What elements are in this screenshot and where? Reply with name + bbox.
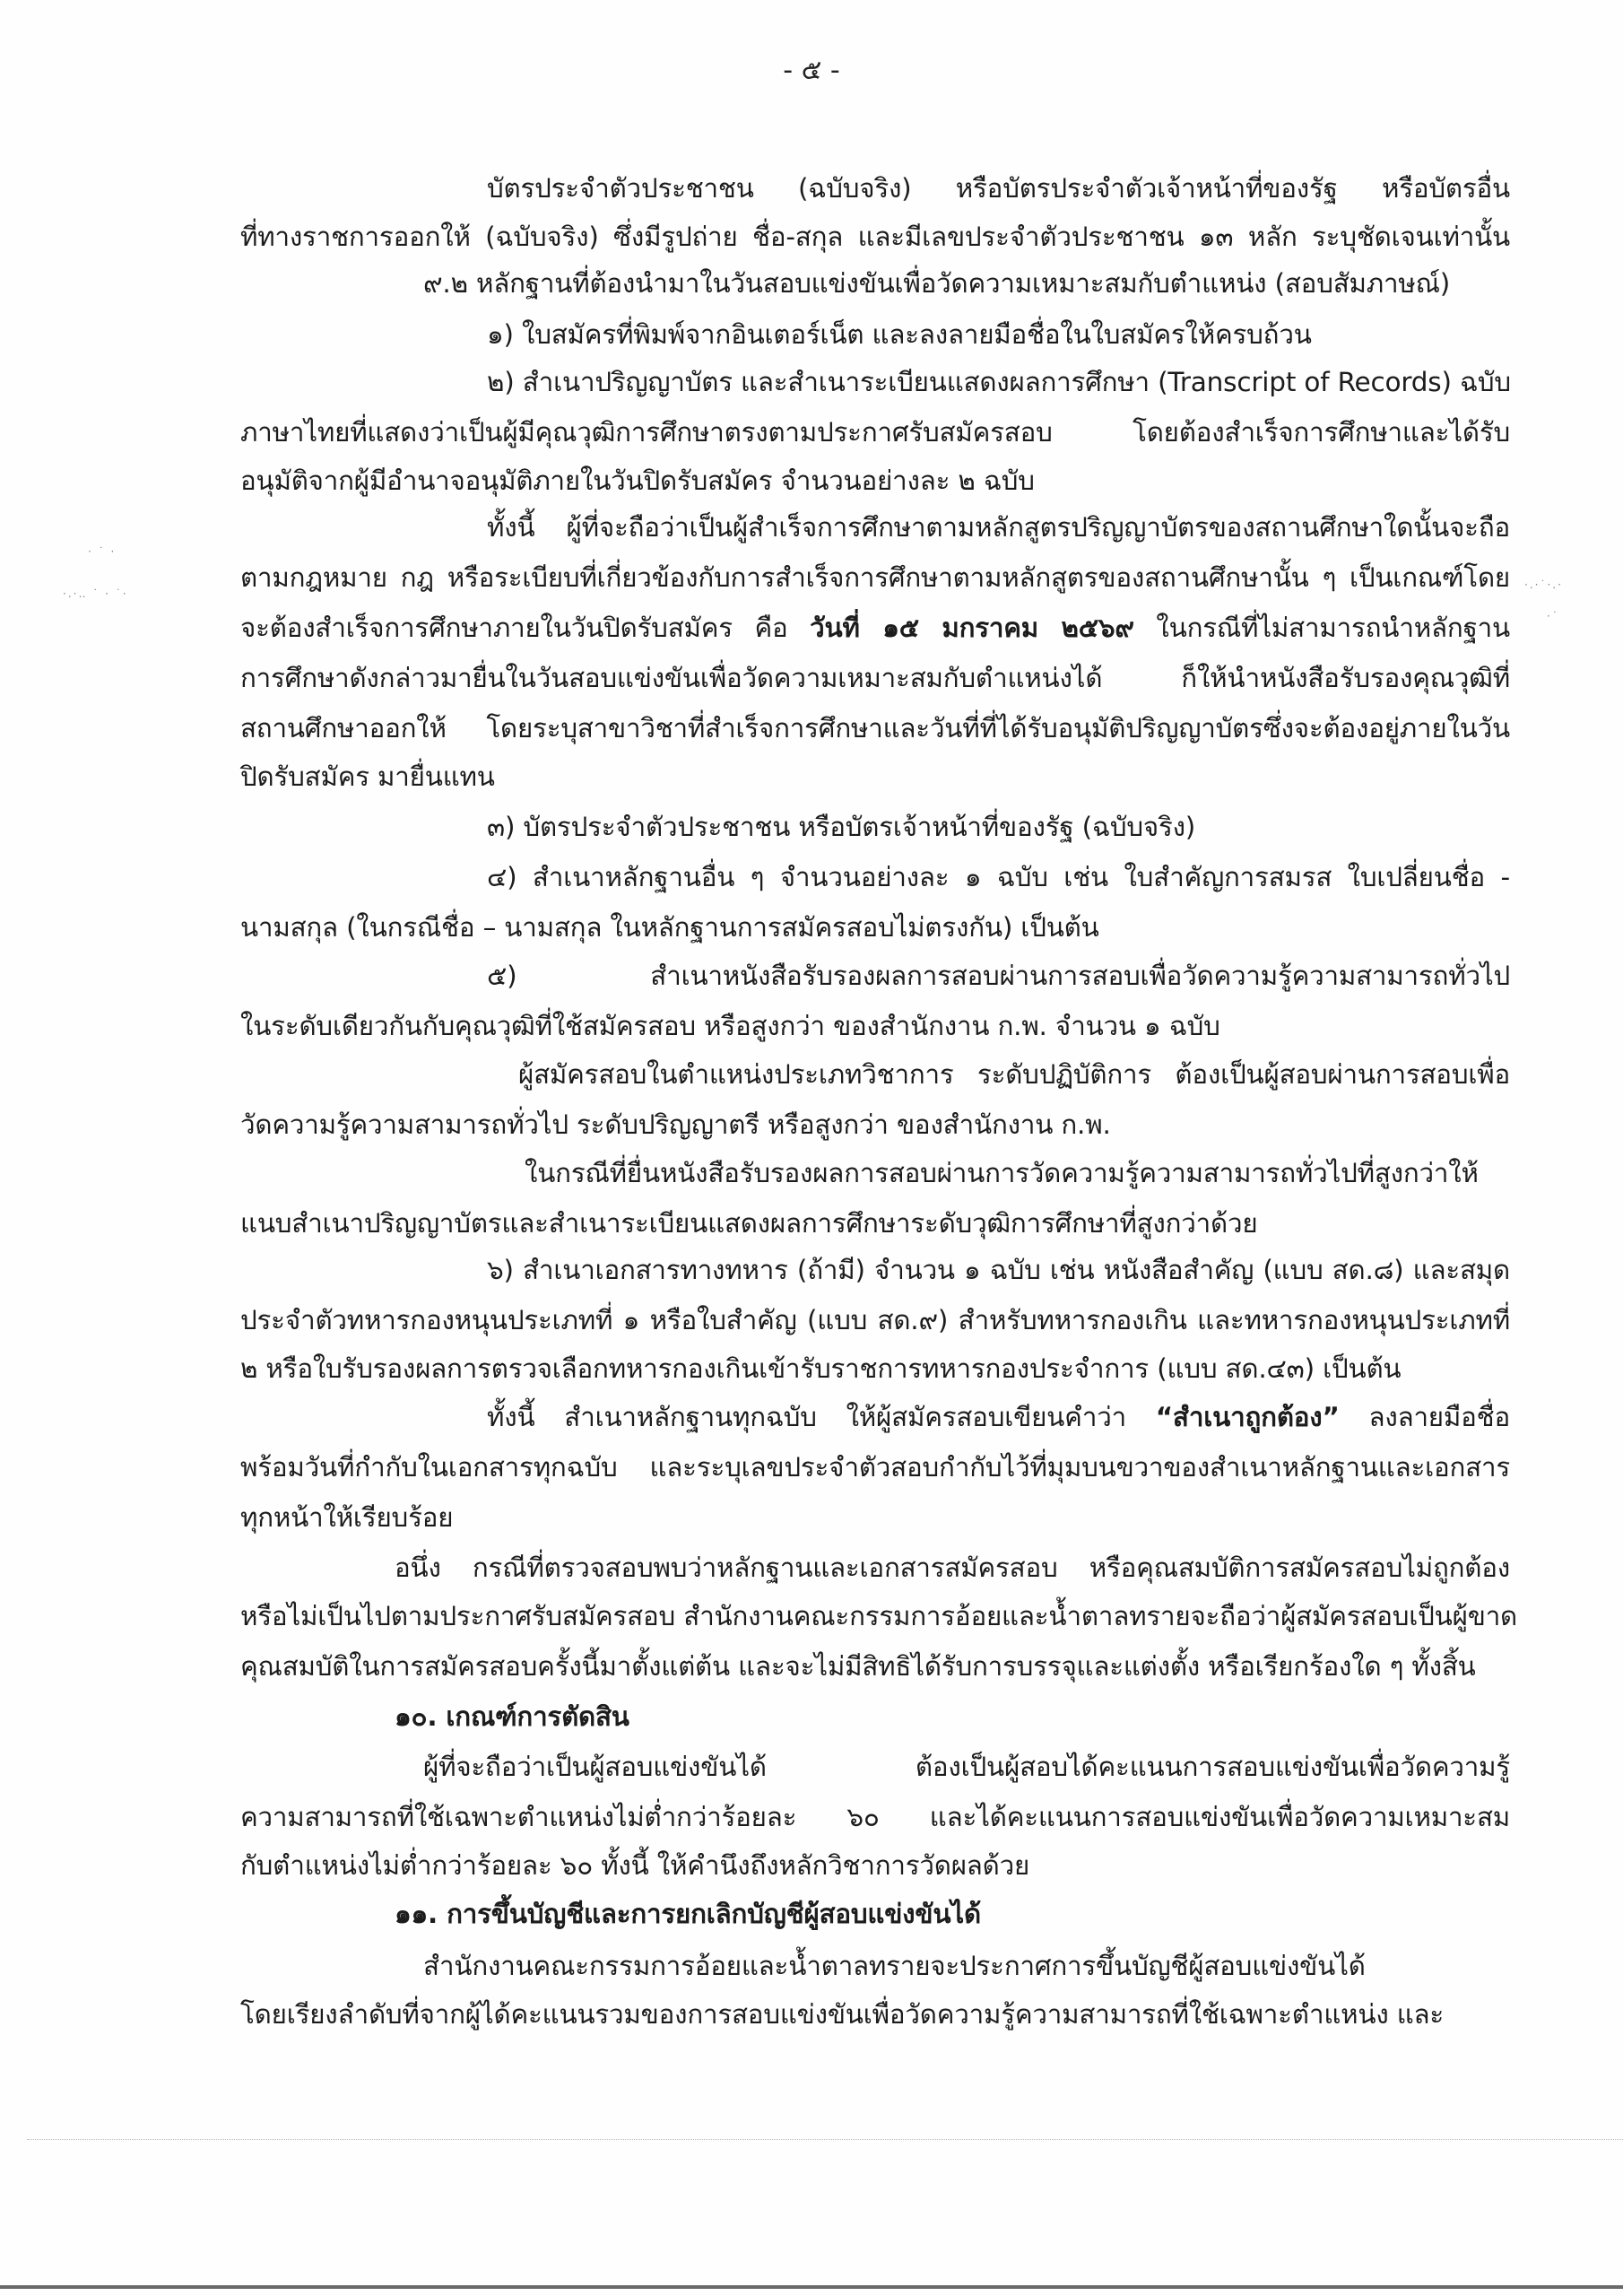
paragraph-line: วัดความรู้ความสามารถทั่วไป ระดับปริญญาตร… bbox=[240, 1107, 1111, 1143]
list-item-4: ๔) สำเนาหลักฐานอื่น ๆ จำนวนอย่างละ ๑ ฉบั… bbox=[487, 859, 1510, 895]
page-number: - ๕ - bbox=[0, 49, 1623, 91]
paragraph-line: ปิดรับสมัคร มายื่นแทน bbox=[240, 759, 495, 795]
paragraph-line: สำนักงานคณะกรรมการอ้อยและน้ำตาลทรายจะประ… bbox=[423, 1948, 1510, 1984]
paragraph-line: คุณสมบัติในการสมัครสอบครั้งนี้มาตั้งแต่ต… bbox=[240, 1648, 1476, 1684]
paragraph-line: อนุมัติจากผู้มีอำนาจอนุมัติภายในวันปิดรั… bbox=[240, 463, 1035, 499]
paragraph-line: อนึ่ง กรณีที่ตรวจสอบพบว่าหลักฐานและเอกสา… bbox=[395, 1550, 1510, 1586]
paragraph-line: ที่ทางราชการออกให้ (ฉบับจริง) ซึ่งมีรูปถ… bbox=[240, 219, 1510, 255]
paragraph-line: ทุกหน้าให้เรียบร้อย bbox=[240, 1500, 453, 1535]
certified-copy-label: “สำเนาถูกต้อง” bbox=[1156, 1402, 1340, 1432]
paragraph-line: ในกรณีที่ยื่นหนังสือรับรองผลการสอบผ่านกา… bbox=[525, 1155, 1510, 1191]
document-page: - ๕ - บัตรประจำตัวประชาชน (ฉบับจริง) หรื… bbox=[0, 0, 1623, 2296]
paragraph-line: ความสามารถที่ใช้เฉพาะตำแหน่งไม่ต่ำกว่าร้… bbox=[240, 1799, 1510, 1835]
list-item-1: ๑) ใบสมัครที่พิมพ์จากอินเตอร์เน็ต และลงล… bbox=[487, 317, 1312, 352]
paragraph-line: ภาษาไทยที่แสดงว่าเป็นผู้มีคุณวุฒิการศึกษ… bbox=[240, 414, 1510, 450]
section-heading-9-2: ๙.๒ หลักฐานที่ต้องนำมาในวันสอบแข่งขันเพื… bbox=[423, 265, 1453, 301]
page-bottom-edge bbox=[0, 2285, 1623, 2289]
paragraph-line-certified-copy: ทั้งนี้ สำเนาหลักฐานทุกฉบับ ให้ผู้สมัครส… bbox=[487, 1399, 1510, 1435]
scan-dotted-line bbox=[27, 2139, 1623, 2140]
paragraph-line: สถานศึกษาออกให้ โดยระบุสาขาวิชาที่สำเร็จ… bbox=[240, 710, 1510, 746]
paragraph-line: บัตรประจำตัวประชาชน (ฉบับจริง) หรือบัตรป… bbox=[487, 170, 1510, 206]
scan-speck: ·˙ bbox=[1547, 610, 1559, 622]
list-item-6: ๖) สำเนาเอกสารทางทหาร (ถ้ามี) จำนวน ๑ ฉบ… bbox=[487, 1252, 1510, 1288]
paragraph-line: ทั้งนี้ ผู้ที่จะถือว่าเป็นผู้สำเร็จการศึ… bbox=[487, 509, 1510, 545]
paragraph-line: โดยเรียงลำดับที่จากผู้ได้คะแนนรวมของการส… bbox=[240, 1996, 1444, 2032]
paragraph-line: ผู้ที่จะถือว่าเป็นผู้สอบแข่งขันได้ ต้องเ… bbox=[423, 1749, 1510, 1785]
paragraph-line: ตามกฎหมาย กฎ หรือระเบียบที่เกี่ยวข้องกับ… bbox=[240, 560, 1510, 596]
paragraph-line: หรือไม่เป็นไปตามประกาศรับสมัครสอบ สำนักง… bbox=[240, 1598, 1510, 1634]
paragraph-line: ๒ หรือใบรับรองผลการตรวจเลือกทหารกองเกินเ… bbox=[240, 1351, 1401, 1387]
scan-speck: · ˙ · bbox=[88, 545, 116, 558]
paragraph-line: ผู้สมัครสอบในตำแหน่งประเภทวิชาการ ระดับป… bbox=[518, 1057, 1510, 1092]
paragraph-line: ในระดับเดียวกันกับคุณวุฒิที่ใช้สมัครสอบ … bbox=[240, 1008, 1220, 1044]
paragraph-line: การศึกษาดังกล่าวมายื่นในวันสอบแข่งขันเพื… bbox=[240, 660, 1510, 696]
scan-speck: ·.·‥ ˙ · ˙· bbox=[63, 587, 128, 600]
closing-date: วันที่ ๑๕ มกราคม ๒๕๖๙ bbox=[810, 613, 1134, 643]
scan-speck: ·.·˙·.· bbox=[1524, 578, 1563, 591]
list-item-2: ๒) สำเนาปริญญาบัตร และสำเนาระเบียนแสดงผล… bbox=[487, 364, 1510, 400]
section-heading-10: ๑๐. เกณฑ์การตัดสิน bbox=[395, 1699, 629, 1735]
section-heading-11: ๑๑. การขึ้นบัญชีและการยกเลิกบัญชีผู้สอบแ… bbox=[395, 1896, 981, 1932]
paragraph-line-closing-date: จะต้องสำเร็จการศึกษาภายในวันปิดรับสมัคร … bbox=[240, 610, 1510, 646]
paragraph-line: แนบสำเนาปริญญาบัตรและสำเนาระเบียนแสดงผลก… bbox=[240, 1205, 1257, 1241]
list-item-3: ๓) บัตรประจำตัวประชาชน หรือบัตรเจ้าหน้าท… bbox=[487, 809, 1195, 845]
list-item-5: ๕) สำเนาหนังสือรับรองผลการสอบผ่านการสอบเ… bbox=[487, 958, 1510, 994]
paragraph-line: ประจำตัวทหารกองหนุนประเภทที่ ๑ หรือใบสำค… bbox=[240, 1302, 1510, 1338]
paragraph-line: นามสกุล (ในกรณีชื่อ – นามสกุล ในหลักฐานก… bbox=[240, 909, 1099, 945]
paragraph-line: กับตำแหน่งไม่ต่ำกว่าร้อยละ ๖๐ ทั้งนี้ ให… bbox=[240, 1848, 1029, 1883]
paragraph-line: พร้อมวันที่กำกับในเอกสารทุกฉบับ และระบุเ… bbox=[240, 1449, 1510, 1485]
